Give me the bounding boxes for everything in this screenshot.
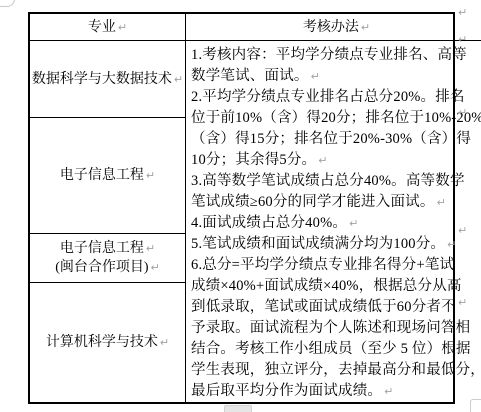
- paragraph-mark-icon: ↵: [146, 242, 155, 255]
- major-name-text: 电子信息工程: [60, 241, 144, 256]
- method-line-text: 笔试成绩≥60分的同学才能进入面试。: [191, 194, 435, 210]
- major-name-text: (闽台合作项目): [55, 260, 148, 275]
- major-name-line: 电子信息工程↵: [60, 166, 155, 185]
- method-line-text: 予录取。面试流程为个人陈述和现场问答相: [191, 320, 470, 336]
- method-line-text: 结合。考核工作小组成员（至少 5 位）根据: [191, 341, 471, 357]
- method-line: 到低录取，笔试或面试成绩低于60分者不: [191, 297, 481, 318]
- method-line: 10分；其余得5分。↵: [191, 150, 481, 171]
- table-row-major-electronic-info-mintai: 电子信息工程↵ (闽台合作项目)↵: [30, 234, 186, 283]
- method-line: （含）得15分；排名位于20%-30%（含）得: [191, 129, 481, 150]
- assessment-table: 专业↵ 考核办法↵ 数据科学与大数据技术↵ 电子信息工程↵ 电子信息工程↵ (闽…: [28, 12, 455, 404]
- paragraph-mark-icon: ↵: [151, 261, 160, 274]
- page-corner-artifact-icon: [0, 0, 15, 7]
- method-line-text: 学生表现，独立评分，去掉最高分和最低分，: [191, 362, 481, 378]
- paragraph-mark-icon: ↵: [160, 336, 169, 349]
- paragraph-mark-icon: ↵: [118, 21, 127, 34]
- method-line-text: 2.平均学分绩点专业排名占总分20%。排名: [191, 89, 465, 105]
- table-row-major-electronic-info: 电子信息工程↵: [30, 118, 186, 234]
- method-line: 笔试成绩≥60分的同学才能进入面试。↵: [191, 192, 481, 213]
- paragraph-mark-icon: ↵: [458, 106, 467, 119]
- paragraph-mark-icon: ↵: [146, 169, 155, 182]
- paragraph-mark-icon: ↵: [458, 296, 467, 309]
- method-line: 予录取。面试流程为个人陈述和现场问答相: [191, 318, 481, 339]
- method-line-text: （含）得15分；排名位于20%-30%（含）得: [191, 131, 471, 147]
- method-line-text: 到低录取，笔试或面试成绩低于60分者不: [191, 299, 456, 315]
- major-name-line: 电子信息工程↵: [60, 239, 155, 258]
- document-page: 专业↵ 考核办法↵ 数据科学与大数据技术↵ 电子信息工程↵ 电子信息工程↵ (闽…: [0, 0, 481, 412]
- method-line: 最后取平均分作为面试成绩。↵: [191, 381, 481, 402]
- method-line-text: 成绩×40%+面试成绩×40%，根据总分从高: [191, 278, 462, 294]
- method-line: 1.考核内容：平均学分绩点专业排名、高等: [191, 45, 481, 66]
- table-row-major-computer-science: 计算机科学与技术↵: [30, 283, 186, 402]
- table-cell-assessment-method: 1.考核内容：平均学分绩点专业排名、高等 数学笔试、面试。↵ 2.平均学分绩点专…: [186, 41, 481, 402]
- page-bottom-artifact-icon: [224, 405, 252, 412]
- method-line-text: 数学笔试、面试。: [191, 68, 309, 84]
- method-line: 数学笔试、面试。↵: [191, 66, 481, 87]
- major-name-line: 数据科学与大数据技术↵: [32, 70, 183, 89]
- method-line-text: 6.总分=平均学分绩点专业排名得分+笔试: [191, 257, 454, 273]
- method-line-text: 位于前10%（含）得20分；排名位于10%-20%: [191, 110, 481, 126]
- method-line: 成绩×40%+面试成绩×40%，根据总分从高: [191, 276, 481, 297]
- method-line: 学生表现，独立评分，去掉最高分和最低分，: [191, 360, 481, 381]
- major-name-text: 电子信息工程: [60, 168, 144, 183]
- paragraph-mark-icon: ↵: [458, 33, 467, 46]
- paragraph-mark-icon: ↵: [447, 238, 456, 251]
- paragraph-mark-icon: ↵: [311, 70, 320, 83]
- header-method-text: 考核办法: [303, 20, 359, 35]
- method-line-text: 5.笔试成绩和面试成绩满分均为100分。: [191, 236, 445, 252]
- major-name-text: 计算机科学与技术: [46, 335, 158, 350]
- method-line: 结合。考核工作小组成员（至少 5 位）根据: [191, 339, 481, 360]
- method-line-text: 4.面试成绩占总分40%。: [191, 215, 347, 231]
- paragraph-mark-icon: ↵: [349, 217, 358, 230]
- method-line: 5.笔试成绩和面试成绩满分均为100分。↵: [191, 234, 481, 255]
- method-line: 2.平均学分绩点专业排名占总分20%。排名: [191, 87, 481, 108]
- paragraph-mark-icon: ↵: [361, 21, 370, 34]
- paragraph-mark-icon: ↵: [458, 6, 467, 19]
- method-line-text: 10分；其余得5分。: [191, 152, 316, 168]
- header-major-text: 专业: [88, 20, 116, 35]
- method-line: 位于前10%（含）得20分；排名位于10%-20%: [191, 108, 481, 129]
- header-major-line: 专业↵: [88, 18, 127, 37]
- header-method-line: 考核办法↵: [303, 18, 370, 37]
- paragraph-mark-icon: ↵: [174, 73, 183, 86]
- table-header-method: 考核办法↵: [186, 14, 481, 41]
- method-line: 4.面试成绩占总分40%。↵: [191, 213, 481, 234]
- table-header-major: 专业↵: [30, 14, 186, 41]
- paragraph-mark-icon: ↵: [437, 196, 446, 209]
- method-line-text: 1.考核内容：平均学分绩点专业排名、高等: [191, 47, 467, 63]
- major-name-text: 数据科学与大数据技术: [32, 72, 172, 87]
- paragraph-mark-icon: ↵: [318, 154, 327, 167]
- paragraph-mark-icon: ↵: [384, 385, 393, 398]
- method-line: 3.高等数学笔试成绩占总分40%。高等数学: [191, 171, 481, 192]
- major-name-line: 计算机科学与技术↵: [46, 333, 169, 352]
- paragraph-mark-icon: ↵: [458, 224, 467, 237]
- method-line: 6.总分=平均学分绩点专业排名得分+笔试: [191, 255, 481, 276]
- major-name-line2: (闽台合作项目)↵: [55, 258, 160, 277]
- method-line-text: 最后取平均分作为面试成绩。: [191, 383, 382, 399]
- table-row-major-data-science: 数据科学与大数据技术↵: [30, 41, 186, 118]
- method-line-text: 3.高等数学笔试成绩占总分40%。高等数学: [191, 173, 465, 189]
